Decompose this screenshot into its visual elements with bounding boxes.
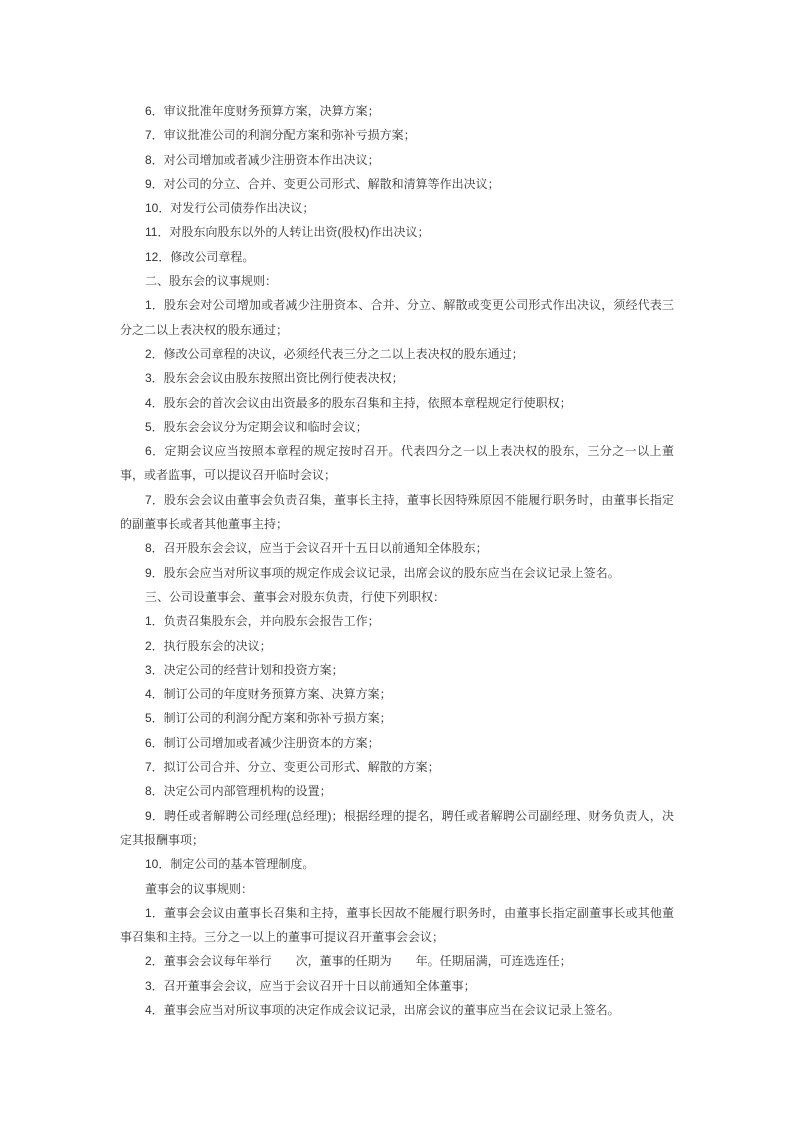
paragraph: 1．股东会对公司增加或者减少注册资本、合并、分立、解散或变更公司形式作出决议，须… bbox=[120, 293, 674, 342]
paragraph: 9．对公司的分立、合并、变更公司形式、解散和清算等作出决议； bbox=[120, 172, 674, 196]
paragraph: 8．召开股东会会议，应当于会议召开十五日以前通知全体股东； bbox=[120, 536, 674, 560]
paragraph: 2．董事会会议每年举行 次，董事的任期为 年。任期届满，可连选连任； bbox=[120, 949, 674, 973]
paragraph: 7．拟订公司合并、分立、变更公司形式、解散的方案； bbox=[120, 755, 674, 779]
paragraph: 3．决定公司的经营计划和投资方案； bbox=[120, 658, 674, 682]
paragraph: 8．决定公司内部管理机构的设置； bbox=[120, 779, 674, 803]
paragraph: 1．董事会会议由董事长召集和主持，董事长因故不能履行职务时，由董事长指定副董事长… bbox=[120, 901, 674, 950]
paragraph: 8．对公司增加或者减少注册资本作出决议； bbox=[120, 148, 674, 172]
paragraph: 4．股东会的首次会议由出资最多的股东召集和主持，依照本章程规定行使职权； bbox=[120, 391, 674, 415]
paragraph: 3．召开董事会会议，应当于会议召开十日以前通知全体董事； bbox=[120, 974, 674, 998]
paragraph: 3．股东会会议由股东按照出资比例行使表决权； bbox=[120, 366, 674, 390]
section-heading: 董事会的议事规则： bbox=[120, 877, 674, 901]
paragraph: 5．制订公司的利润分配方案和弥补亏损方案； bbox=[120, 706, 674, 730]
paragraph: 9．股东会应当对所议事项的规定作成会议记录，出席会议的股东应当在会议记录上签名。 bbox=[120, 561, 674, 585]
paragraph: 7．股东会会议由董事会负责召集，董事长主持，董事长因特殊原因不能履行职务时，由董… bbox=[120, 488, 674, 537]
paragraph: 9．聘任或者解聘公司经理(总经理)；根据经理的提名，聘任或者解聘公司副经理、财务… bbox=[120, 804, 674, 853]
paragraph: 2．修改公司章程的决议，必须经代表三分之二以上表决权的股东通过； bbox=[120, 342, 674, 366]
paragraph: 7．审议批准公司的利润分配方案和弥补亏损方案； bbox=[120, 123, 674, 147]
paragraph: 5．股东会会议分为定期会议和临时会议； bbox=[120, 415, 674, 439]
paragraph: 4．制订公司的年度财务预算方案、决算方案； bbox=[120, 682, 674, 706]
section-heading: 二、股东会的议事规则： bbox=[120, 269, 674, 293]
paragraph: 10．制定公司的基本管理制度。 bbox=[120, 852, 674, 876]
document-page: 6．审议批准年度财务预算方案，决算方案； 7．审议批准公司的利润分配方案和弥补亏… bbox=[0, 0, 794, 1123]
paragraph: 12．修改公司章程。 bbox=[120, 245, 674, 269]
paragraph: 6．制订公司增加或者减少注册资本的方案； bbox=[120, 731, 674, 755]
paragraph: 6．审议批准年度财务预算方案，决算方案； bbox=[120, 99, 674, 123]
section-heading: 三、公司设董事会、董事会对股东负责，行使下列职权： bbox=[120, 585, 674, 609]
paragraph: 11．对股东向股东以外的人转让出资(股权)作出决议； bbox=[120, 220, 674, 244]
paragraph: 10．对发行公司债券作出决议； bbox=[120, 196, 674, 220]
paragraph: 2．执行股东会的决议； bbox=[120, 634, 674, 658]
paragraph: 4．董事会应当对所议事项的决定作成会议记录，出席会议的董事应当在会议记录上签名。 bbox=[120, 998, 674, 1022]
paragraph: 6．定期会议应当按照本章程的规定按时召开。代表四分之一以上表决权的股东，三分之一… bbox=[120, 439, 674, 488]
paragraph: 1．负责召集股东会，并向股东会报告工作； bbox=[120, 609, 674, 633]
